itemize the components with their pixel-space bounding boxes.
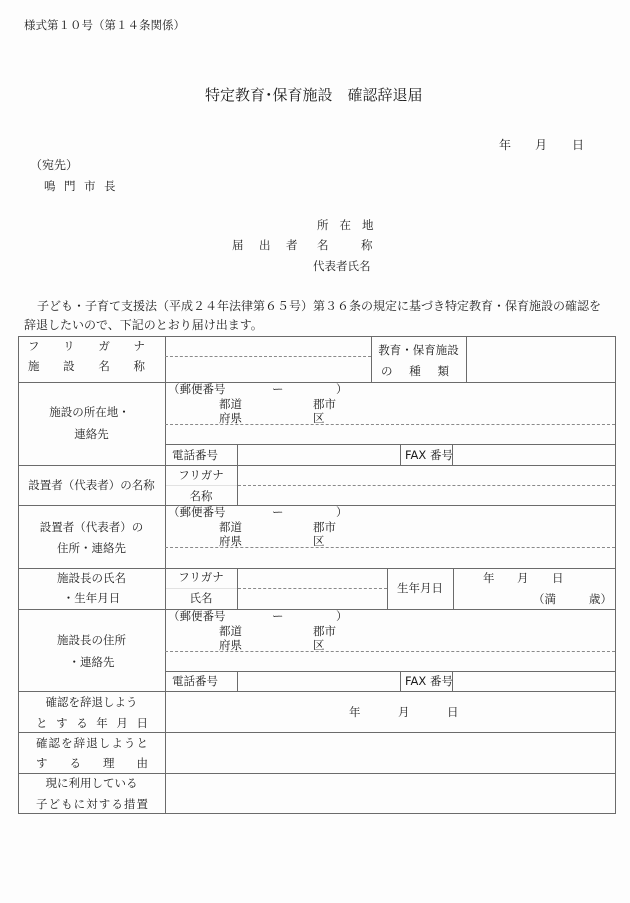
cell-divider <box>400 671 401 691</box>
facility-address-label-1: 施設の所在地・ <box>14 405 165 419</box>
facility-address-field <box>166 383 615 444</box>
director-name-field <box>238 589 387 609</box>
withdrawal-reason-field <box>166 733 615 773</box>
facility-furigana-label: フ リ ガ ナ <box>28 339 145 353</box>
representative-name-label: 代表者氏名 <box>313 259 371 273</box>
withdrawal-date-label-2: と す る 年 月 日 <box>36 716 148 730</box>
withdrawal-date-field <box>166 692 615 732</box>
age-close-label: 歳） <box>589 592 612 606</box>
birth-day-label: 日 <box>552 571 564 585</box>
child-measures-field <box>166 774 615 813</box>
submitter-label: 届出者 <box>232 238 313 252</box>
facility-phone-field <box>238 445 400 465</box>
facility-type-label-1: 教育・保育施設 <box>371 343 466 357</box>
facility-name-field <box>166 357 371 382</box>
director-phone-label: 電話番号 <box>172 674 218 688</box>
date-year-label: 年 <box>499 138 511 152</box>
date-month-label: 月 <box>535 138 547 152</box>
facility-phone-label: 電話番号 <box>172 448 218 462</box>
withdrawal-reason-label-1: 確認を辞退しようと <box>36 736 148 750</box>
age-open-label: （満 <box>533 592 556 606</box>
facility-name-label: 施 設 名 称 <box>28 359 145 373</box>
withdrawal-date-label-1: 確認を辞退しよう <box>18 695 165 709</box>
director-name-label-2: ・生年月日 <box>18 591 165 605</box>
table-border-right <box>615 336 616 814</box>
director-birthdate-label: 生年月日 <box>387 581 453 595</box>
light-divider <box>166 588 237 589</box>
withdrawal-year-label: 年 <box>349 705 361 719</box>
director-address-label-2: ・連絡先 <box>18 655 165 669</box>
facility-type-label-2: の 種 類 <box>381 364 449 378</box>
operator-address-field <box>166 506 615 568</box>
director-furigana-field <box>238 569 387 588</box>
facility-fax-field <box>453 445 615 465</box>
date-day-label: 日 <box>572 138 584 152</box>
birth-year-label: 年 <box>483 571 495 585</box>
birth-month-label: 月 <box>517 571 529 585</box>
withdrawal-month-label: 月 <box>398 705 410 719</box>
director-fax-label: FAX 番号 <box>405 674 453 688</box>
operator-address-label-2: 住所・連絡先 <box>18 541 165 555</box>
director-name-sub-label: 氏名 <box>165 591 237 605</box>
director-phone-field <box>238 672 400 691</box>
child-measures-label-1: 現に利用している <box>18 776 165 790</box>
director-fax-field <box>453 672 615 691</box>
operator-furigana-label: フリガナ <box>165 468 237 482</box>
table-border-bottom <box>18 813 615 814</box>
withdrawal-day-label: 日 <box>447 705 459 719</box>
child-measures-label-2: 子どもに対する措置 <box>36 797 148 811</box>
statement-line-2: 辞退したいので、下記のとおり届け出ます。 <box>24 318 263 332</box>
facility-type-field <box>467 337 615 382</box>
director-furigana-label: フリガナ <box>165 570 237 584</box>
withdrawal-reason-label-2: す る 理 由 <box>36 756 148 770</box>
director-name-label-1: 施設長の氏名 <box>18 571 165 585</box>
statement-line-1: 子ども・子育て支援法（平成２４年法律第６５号）第３６条の規定に基づき特定教育・保… <box>37 299 601 313</box>
light-divider <box>166 485 237 486</box>
facility-fax-label: FAX 番号 <box>405 448 453 462</box>
director-address-field <box>166 610 615 671</box>
facility-furigana-field <box>166 337 371 356</box>
addressee-name: 鳴門市長 <box>44 179 124 193</box>
operator-furigana-field <box>238 466 615 485</box>
operator-address-label-1: 設置者（代表者）の <box>18 520 165 534</box>
director-address-label-1: 施設長の住所 <box>18 633 165 647</box>
page-title: 特定教育･保育施設 確認辞退届 <box>205 86 423 104</box>
form-number: 様式第１０号（第１４条関係） <box>24 18 185 32</box>
operator-name-label: 設置者（代表者）の名称 <box>18 478 165 492</box>
facility-address-label-2: 連絡先 <box>18 427 165 441</box>
operator-name-sub-label: 名称 <box>165 489 237 503</box>
operator-name-field <box>238 486 615 505</box>
submitter-address-label: 所在地 <box>317 218 385 232</box>
addressee-label: （宛先） <box>30 158 78 172</box>
submitter-name-label: 名称 <box>317 238 405 252</box>
cell-divider <box>400 444 401 465</box>
